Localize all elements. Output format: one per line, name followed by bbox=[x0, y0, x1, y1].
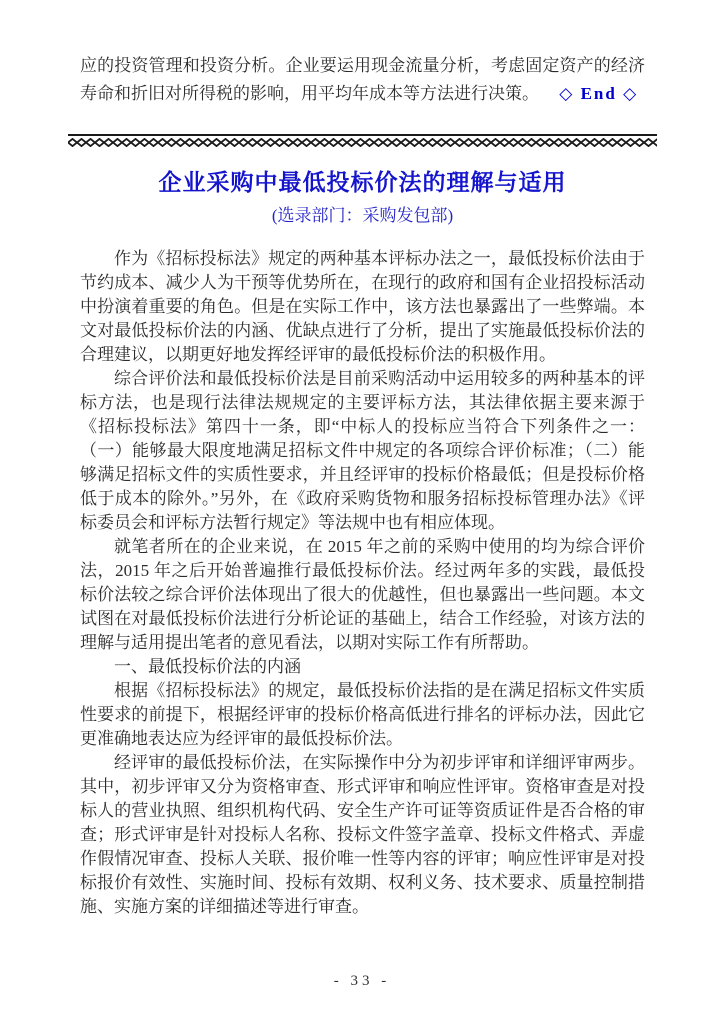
body-paragraph: 综合评价法和最低投标价法是目前采购活动中运用较多的两种基本的评标方法，也是现行法… bbox=[80, 367, 645, 535]
article-title: 企业采购中最低投标价法的理解与适用 bbox=[80, 164, 645, 197]
continuation-paragraph: 应的投资管理和投资分析。企业要运用现金流量分析，考虑固定资产的经济寿命和折旧对所… bbox=[80, 52, 645, 108]
article-body: 作为《招标投标法》规定的两种基本评标办法之一，最低投标价法由于节约成本、减少人为… bbox=[80, 247, 645, 919]
divider-rule-line bbox=[68, 134, 657, 136]
body-paragraph: 作为《招标投标法》规定的两种基本评标办法之一，最低投标价法由于节约成本、减少人为… bbox=[80, 247, 645, 367]
body-paragraph: 经评审的最低投标价法，在实际操作中分为初步评审和详细评审两步。其中，初步评审又分… bbox=[80, 751, 645, 919]
body-paragraph: 根据《招标投标法》的规定，最低投标价法指的是在满足招标文件实质性要求的前提下，根… bbox=[80, 679, 645, 751]
divider-zigzag-pattern bbox=[68, 138, 657, 147]
section-heading: 一、最低投标价法的内涵 bbox=[80, 655, 645, 679]
page-number: - 33 - bbox=[334, 973, 391, 989]
document-page: 应的投资管理和投资分析。企业要运用现金流量分析，考虑固定资产的经济寿命和折旧对所… bbox=[0, 0, 724, 1024]
body-paragraph: 就笔者所在的企业来说，在 2015 年之前的采购中使用的均为综合评价法，2015… bbox=[80, 535, 645, 655]
end-marker: ◇ End ◇ bbox=[559, 84, 638, 103]
article-subtitle: (选录部门：采购发包部) bbox=[80, 201, 645, 226]
section-divider bbox=[68, 134, 657, 147]
page-footer: - 33 - bbox=[0, 973, 724, 990]
